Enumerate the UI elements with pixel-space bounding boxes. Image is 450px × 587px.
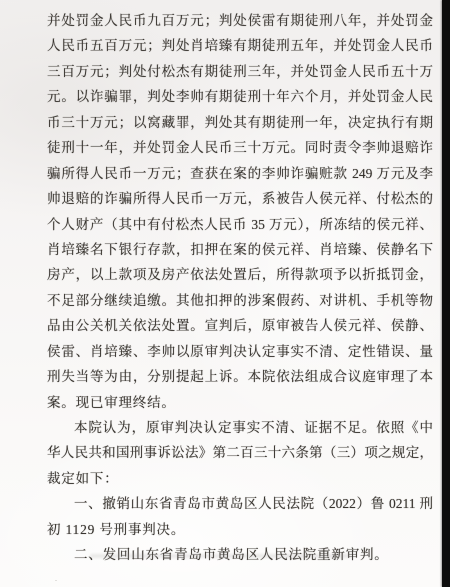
text-line: 一、撤销山东省青岛市黄岛区人民法院（2022）鲁 0211 刑 [47, 491, 433, 516]
text-line: 刑失当等为由，分别提起上诉。本院依法组成合议庭审理了本 [47, 364, 433, 389]
text-line: 骗所得人民币一万元；查获在案的李帅诈骗赃款 249 万元及李 [47, 161, 433, 186]
text-line: 人民币五百万元；判处肖培臻有期徒刑五年，并处罚金人民币 [47, 33, 433, 58]
text-line: 初 1129 号刑事判决。 [47, 517, 433, 542]
text-line: 肖培臻名下银行存款，扣押在案的侯元祥、肖培臻、侯静名下 [47, 237, 433, 262]
text-line: 房产，以上款项及房产依法处置后，所得款项予以折抵罚金， [47, 262, 433, 287]
scanned-document-page: 并处罚金人民币九百万元；判处侯雷有期徒刑八年，并处罚金 人民币五百万元；判处肖培… [0, 0, 450, 587]
text-line: 品由公关机关依法处置。宣判后，原审被告人侯元祥、侯静、 [47, 313, 433, 338]
scan-smudge [90, 554, 350, 558]
text-line: 侯雷、肖培臻、李帅以原审判决认定事实不清、定性错误、量 [47, 339, 433, 364]
legal-ruling-text: 并处罚金人民币九百万元；判处侯雷有期徒刑八年，并处罚金 人民币五百万元；判处肖培… [47, 8, 433, 568]
text-line: 本院认为，原审判决认定事实不清、证据不足。依照《中 [47, 415, 433, 440]
text-line: 裁定如下： [47, 466, 433, 491]
scan-speck: . [55, 575, 60, 582]
text-line: 徒刑十一年，并处罚金人民币三十万元。同时责令李帅退赔诈 [47, 135, 433, 160]
text-line: 不足部分继续追缴。其他扣押的涉案假药、对讲机、手机等物 [47, 288, 433, 313]
text-line: 帅退赔的诈骗所得人民币一万元，系被告人侯元祥、付松杰的 [47, 186, 433, 211]
text-line: 个人财产（其中有付松杰人民币 35 万元），所冻结的侯元祥、 [47, 212, 433, 237]
text-line: 并处罚金人民币九百万元；判处侯雷有期徒刑八年，并处罚金 [47, 8, 433, 33]
scan-edge-shadow [442, 0, 450, 587]
text-line: 案。现已审理终结。 [47, 390, 433, 415]
text-line: 元。以诈骗罪，判处李帅有期徒刑十年六个月，并处罚金人民 [47, 84, 433, 109]
text-line: 三百万元；判处付松杰有期徒刑三年，并处罚金人民币五十万 [47, 59, 433, 84]
text-line: 华人民共和国刑事诉讼法》第二百三十六条第（三）项之规定， [47, 440, 433, 465]
text-line: 币三十万元；以窝藏罪，判处其有期徒刑一年，决定执行有期 [47, 110, 433, 135]
